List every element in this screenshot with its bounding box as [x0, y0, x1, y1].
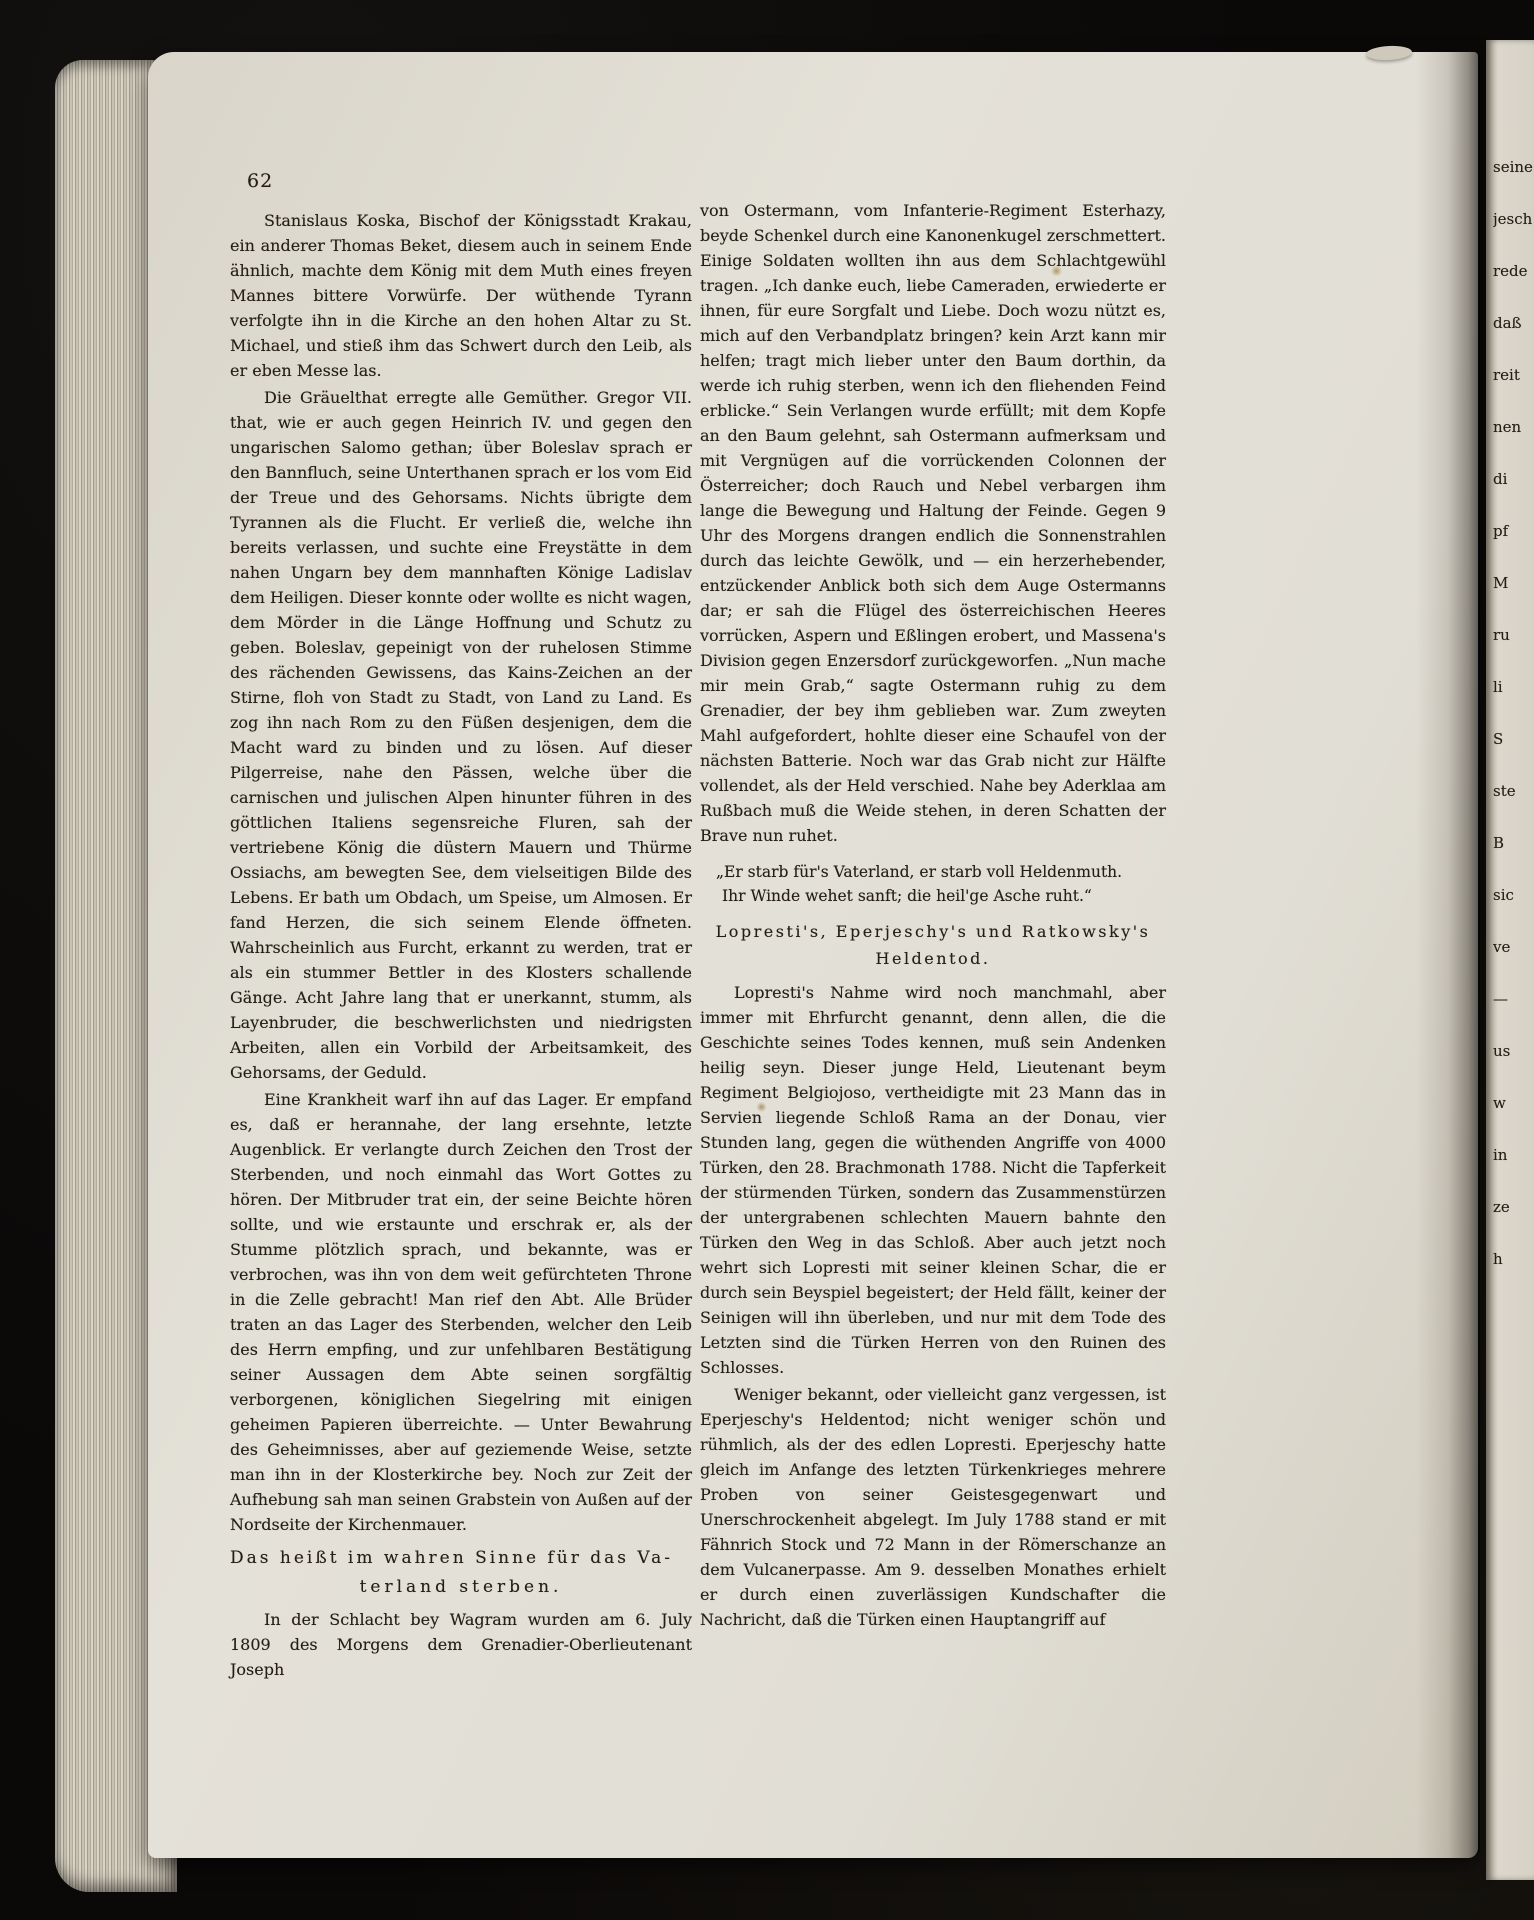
- torn-page-edge: [1366, 45, 1413, 61]
- text-fragment: —: [1493, 990, 1534, 1042]
- next-page-text-fragments: seinejeschrededaßreitnendipfMruliSsteBsi…: [1486, 40, 1534, 1302]
- paragraph: Die Gräuelthat erregte alle Gemüther. Gr…: [230, 385, 692, 1085]
- book-page: 62 Stanislaus Koska, Bischof der Königss…: [148, 52, 1478, 1858]
- text-fragment: ste: [1493, 782, 1534, 834]
- text-fragment: pf: [1493, 522, 1534, 574]
- text-fragment: reit: [1493, 366, 1534, 418]
- paragraph: Weniger bekannt, oder vielleicht ganz ve…: [700, 1382, 1166, 1632]
- text-fragment: seine: [1493, 158, 1534, 210]
- section-heading-line2: terland sterben.: [230, 1573, 692, 1602]
- book-scan: 62 Stanislaus Koska, Bischof der Königss…: [0, 0, 1534, 1920]
- article-heading-line2: Heldentod.: [700, 945, 1166, 972]
- article-heading: Lopresti's, Eperjeschy's und Ratkowsky's…: [700, 918, 1166, 972]
- text-fragment: B: [1493, 834, 1534, 886]
- page-number: 62: [247, 170, 273, 192]
- text-fragment: sic: [1493, 886, 1534, 938]
- text-fragment: ve: [1493, 938, 1534, 990]
- text-fragment: daß: [1493, 314, 1534, 366]
- paragraph: Stanislaus Koska, Bischof der Königsstad…: [230, 208, 692, 383]
- text-fragment: in: [1493, 1146, 1534, 1198]
- section-heading-line1: Das heißt im wahren Sinne für das Va-: [230, 1544, 692, 1573]
- left-column: Stanislaus Koska, Bischof der Königsstad…: [230, 208, 692, 1684]
- verse-line1: „Er starb für's Vaterland, er starb voll…: [716, 860, 1166, 884]
- paragraph: von Ostermann, vom Infanterie-Regiment E…: [700, 198, 1166, 848]
- text-fragment: M: [1493, 574, 1534, 626]
- paragraph: Eine Krankheit warf ihn auf das Lager. E…: [230, 1087, 692, 1537]
- gutter-shadow: [1416, 52, 1480, 1858]
- section-heading: Das heißt im wahren Sinne für das Va- te…: [230, 1544, 692, 1602]
- text-fragment: h: [1493, 1250, 1534, 1302]
- text-fragment: ze: [1493, 1198, 1534, 1250]
- paragraph: Lopresti's Nahme wird noch manchmahl, ab…: [700, 980, 1166, 1380]
- right-column: von Ostermann, vom Infanterie-Regiment E…: [700, 198, 1166, 1634]
- text-fragment: jesch: [1493, 210, 1534, 262]
- memorial-verse: „Er starb für's Vaterland, er starb voll…: [716, 860, 1166, 908]
- verse-line2: Ihr Winde wehet sanft; die heil'ge Asche…: [722, 884, 1166, 908]
- paragraph: In der Schlacht bey Wagram wurden am 6. …: [230, 1607, 692, 1682]
- text-fragment: w: [1493, 1094, 1534, 1146]
- next-page-sliver: seinejeschrededaßreitnendipfMruliSsteBsi…: [1486, 40, 1534, 1880]
- text-fragment: rede: [1493, 262, 1534, 314]
- text-fragment: us: [1493, 1042, 1534, 1094]
- text-fragment: ru: [1493, 626, 1534, 678]
- article-heading-line1: Lopresti's, Eperjeschy's und Ratkowsky's: [700, 918, 1166, 945]
- text-fragment: S: [1493, 730, 1534, 782]
- text-fragment: li: [1493, 678, 1534, 730]
- text-fragment: di: [1493, 470, 1534, 522]
- text-fragment: nen: [1493, 418, 1534, 470]
